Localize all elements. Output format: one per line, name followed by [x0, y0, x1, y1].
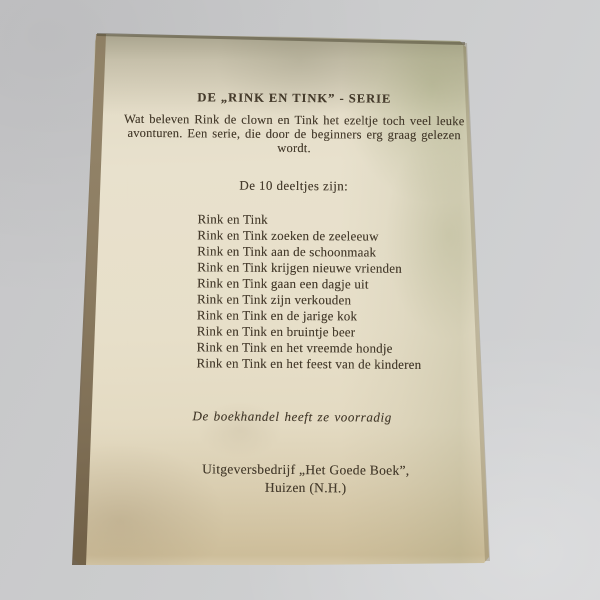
photo-background: DE „RINK EN TINK” - SERIE Wat beleven Ri… — [0, 0, 600, 600]
list-item: Rink en Tink krijgen nieuwe vrienden — [197, 259, 422, 277]
book-title-list: Rink en TinkRink en Tink zoeken de zeele… — [196, 211, 422, 373]
printed-back-cover-text: DE „RINK EN TINK” - SERIE Wat beleven Ri… — [0, 0, 600, 600]
series-intro-line: wordt. — [114, 140, 474, 157]
availability-note: De boekhandel heeft ze voorradig — [112, 408, 472, 427]
list-item: Rink en Tink zoeken de zeeleeuw — [197, 227, 422, 245]
publisher-imprint: Uitgeversbedrijf „Het Goede Boek”,Huizen… — [126, 460, 486, 499]
list-item: Rink en Tink en het feest van de kindere… — [196, 355, 421, 373]
publisher-line: Huizen (N.H.) — [126, 478, 486, 499]
list-item: Rink en Tink en de jarige kok — [197, 307, 422, 325]
list-item: Rink en Tink en het vreemde hondje — [197, 339, 422, 357]
list-item: Rink en Tink aan de schoonmaak — [197, 243, 422, 261]
list-item: Rink en Tink gaan een dagje uit — [197, 275, 422, 293]
list-item: Rink en Tink en bruintje beer — [197, 323, 422, 341]
list-item: Rink en Tink — [198, 211, 423, 229]
series-title: DE „RINK EN TINK” - SERIE — [114, 90, 474, 108]
list-heading: De 10 deeltjes zijn: — [114, 177, 474, 196]
series-intro: Wat beleven Rink de clown en Tink het ez… — [114, 112, 474, 157]
list-item: Rink en Tink zijn verkouden — [197, 291, 422, 309]
series-intro-line: avonturen. Een serie, die door de beginn… — [114, 126, 474, 143]
